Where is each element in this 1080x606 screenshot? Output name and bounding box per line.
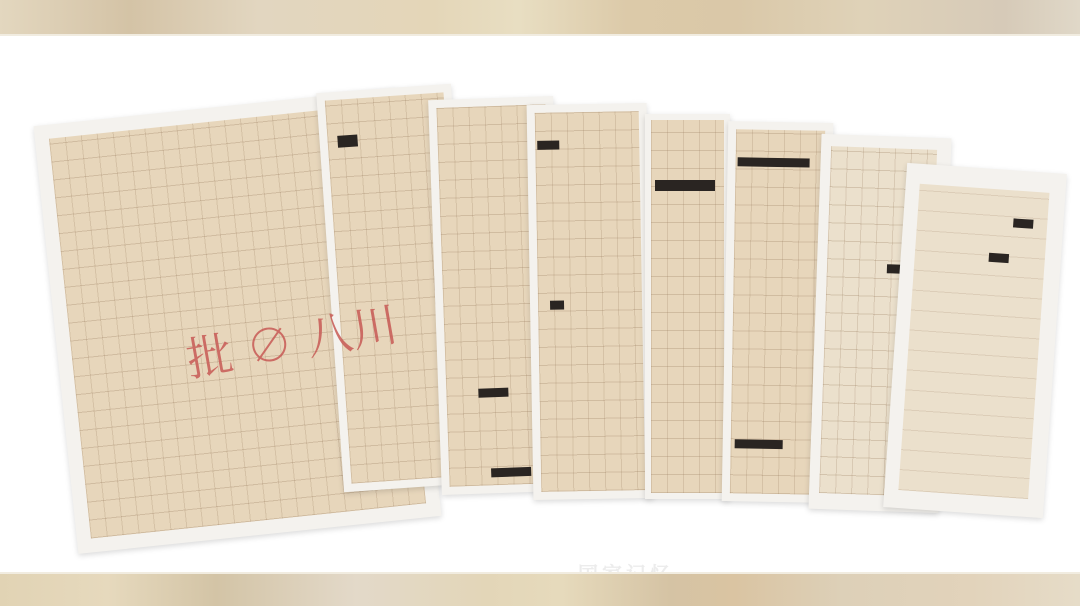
bottom-decorative-bar xyxy=(0,572,1080,606)
manuscript-page-5 xyxy=(645,114,730,499)
manuscript-photo: 批 ∅ 八川 国家记忆 xyxy=(0,36,1080,572)
top-decorative-bar xyxy=(0,0,1080,36)
manuscript-page-8 xyxy=(883,163,1067,518)
manuscript-page-4 xyxy=(527,103,654,500)
